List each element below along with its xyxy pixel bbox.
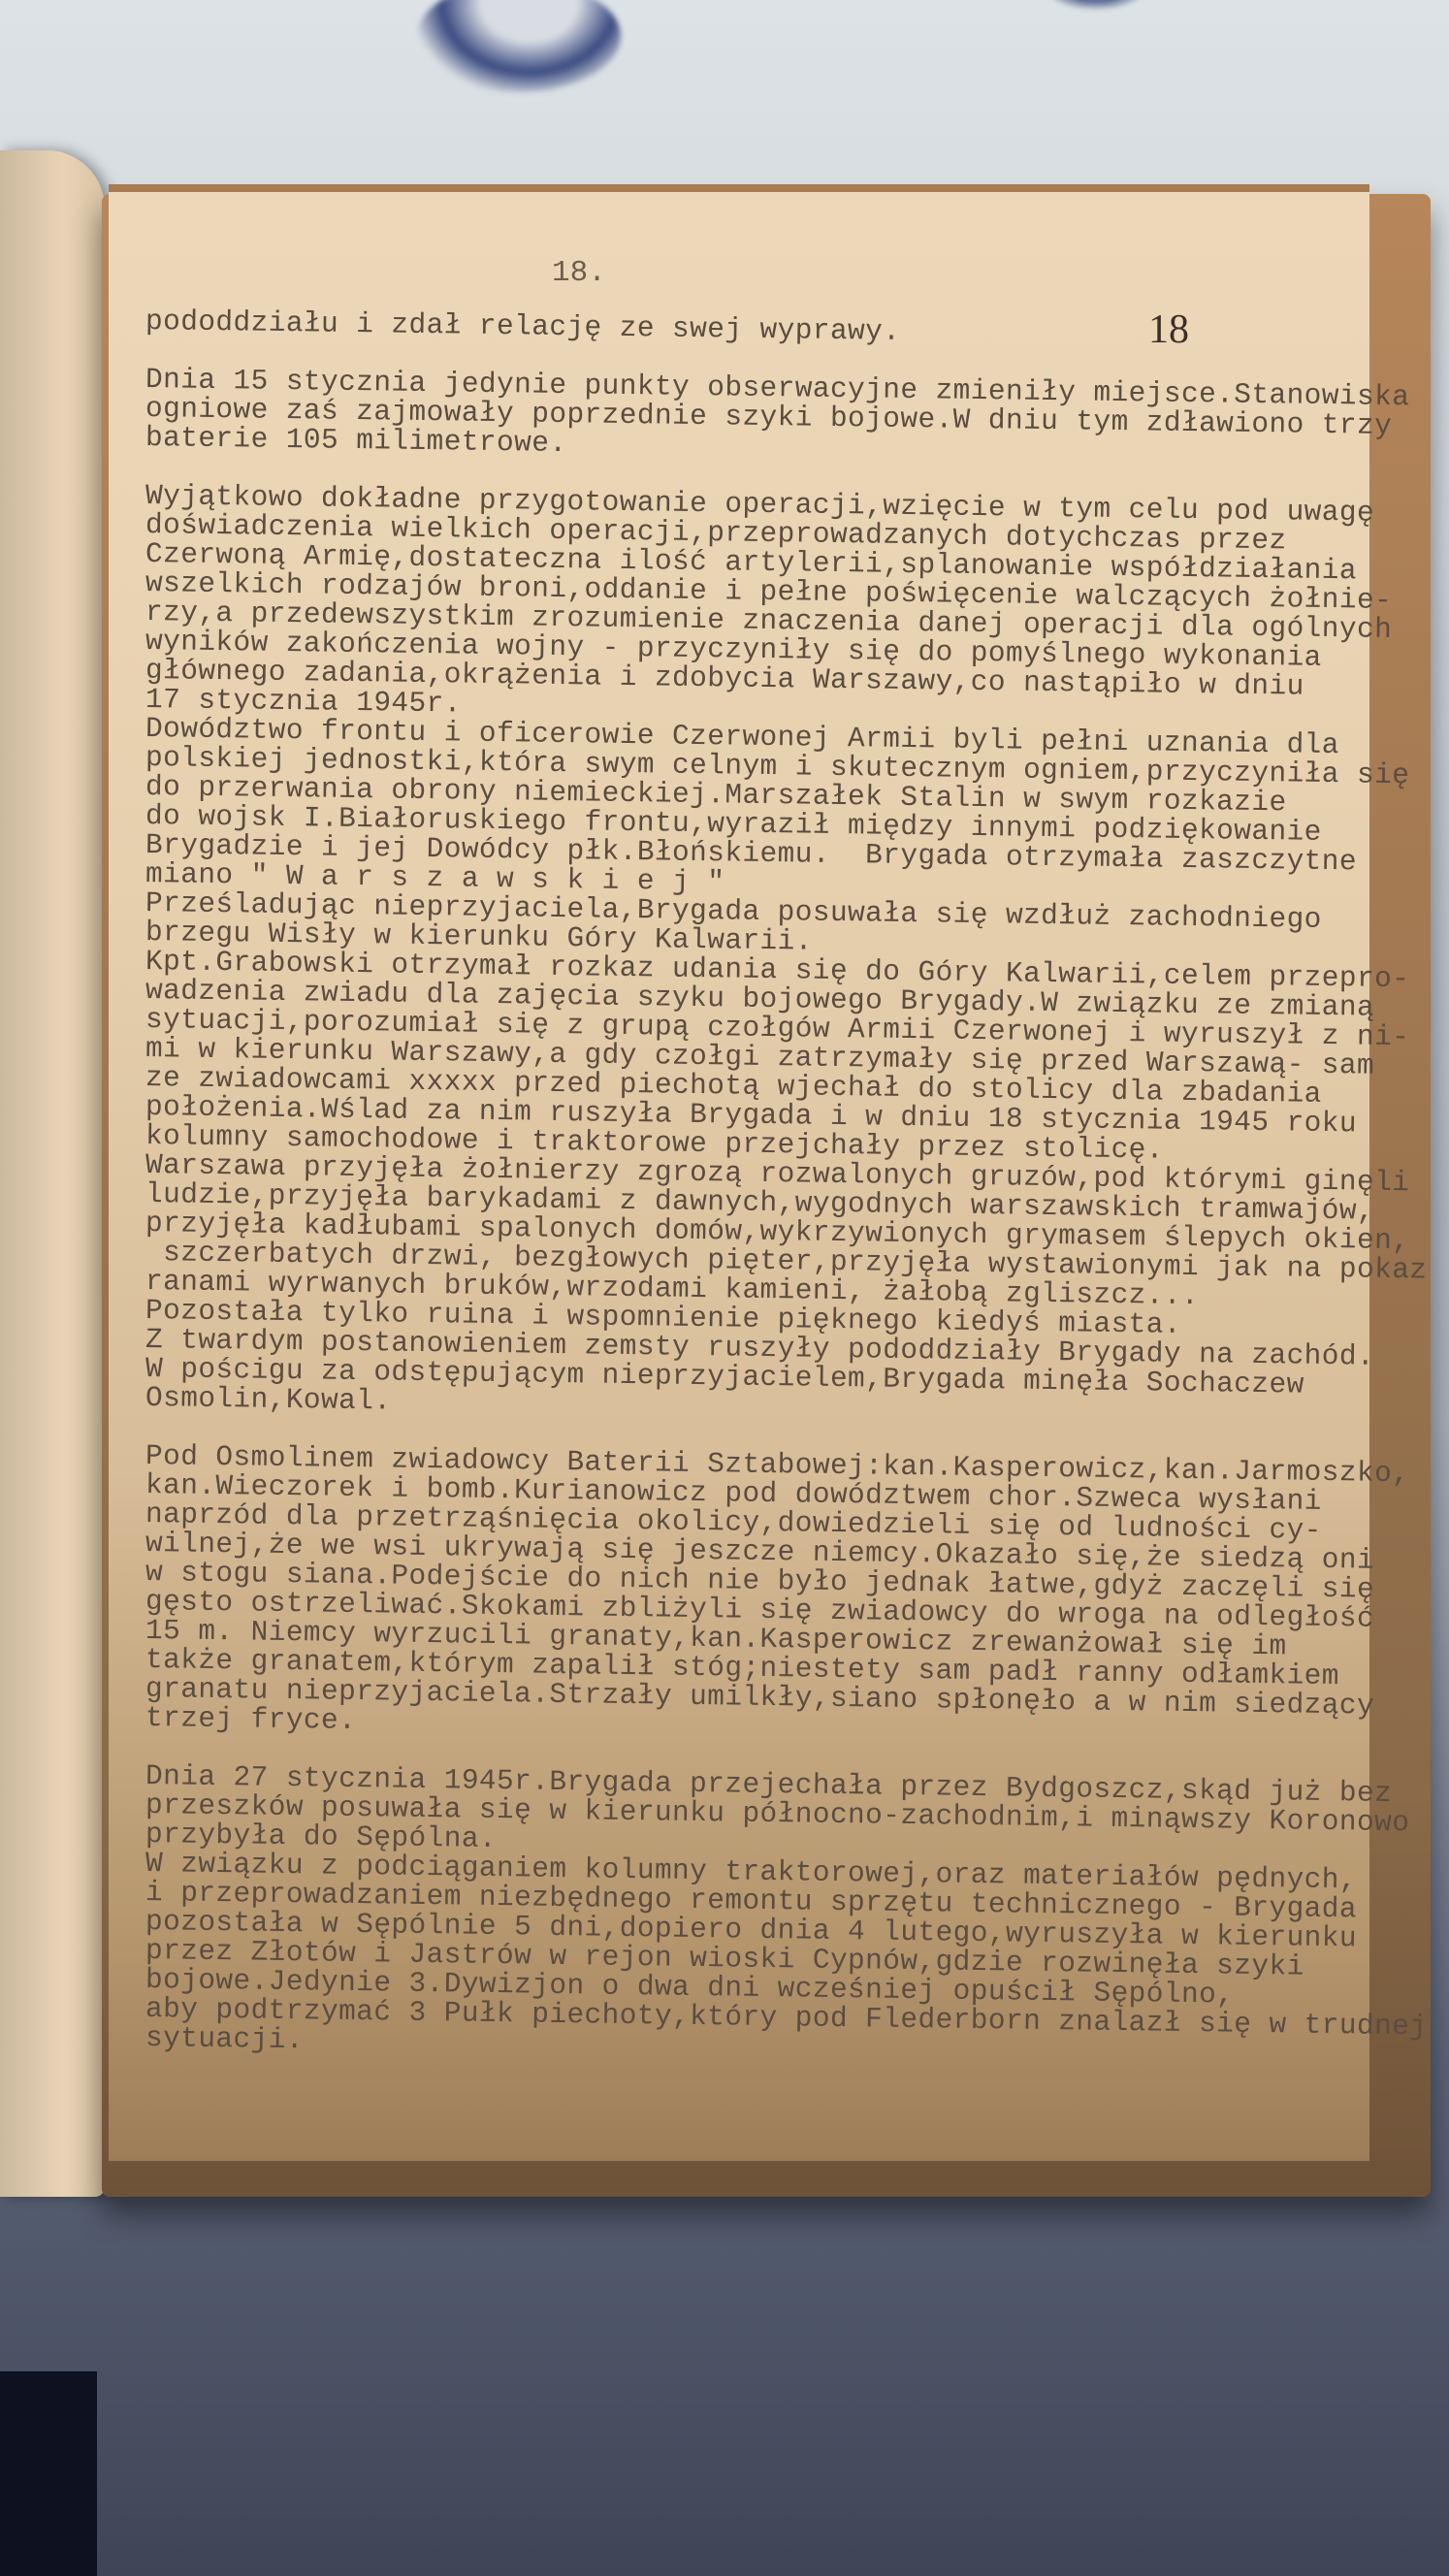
paragraph: Pod Osmolinem zwiadowcy Baterii Sztabowe… xyxy=(145,1441,1368,1732)
blurred-object-top-right xyxy=(1047,0,1144,10)
paragraph: Dnia 27 stycznia 1945r.Brygada przejecha… xyxy=(145,1761,1368,2052)
blurred-object-top xyxy=(417,0,621,92)
paragraph: Dnia 15 stycznia jedynie punkty obserwac… xyxy=(145,365,1368,452)
typed-page-number: 18. xyxy=(552,256,606,290)
previous-page-edge xyxy=(0,150,105,2197)
page-body: pododdziału i zdał relację ze swej wypra… xyxy=(145,306,1368,2052)
typewritten-page: 18. 18 pododdziału i zdał relację ze swe… xyxy=(109,184,1369,2161)
dark-object-bottom-left xyxy=(0,2371,97,2576)
paragraph: pododdziału i zdał relację ze swej wypra… xyxy=(145,306,1368,336)
paragraph: Wyjątkowo dokładne przygotowanie operacj… xyxy=(145,481,1368,1412)
